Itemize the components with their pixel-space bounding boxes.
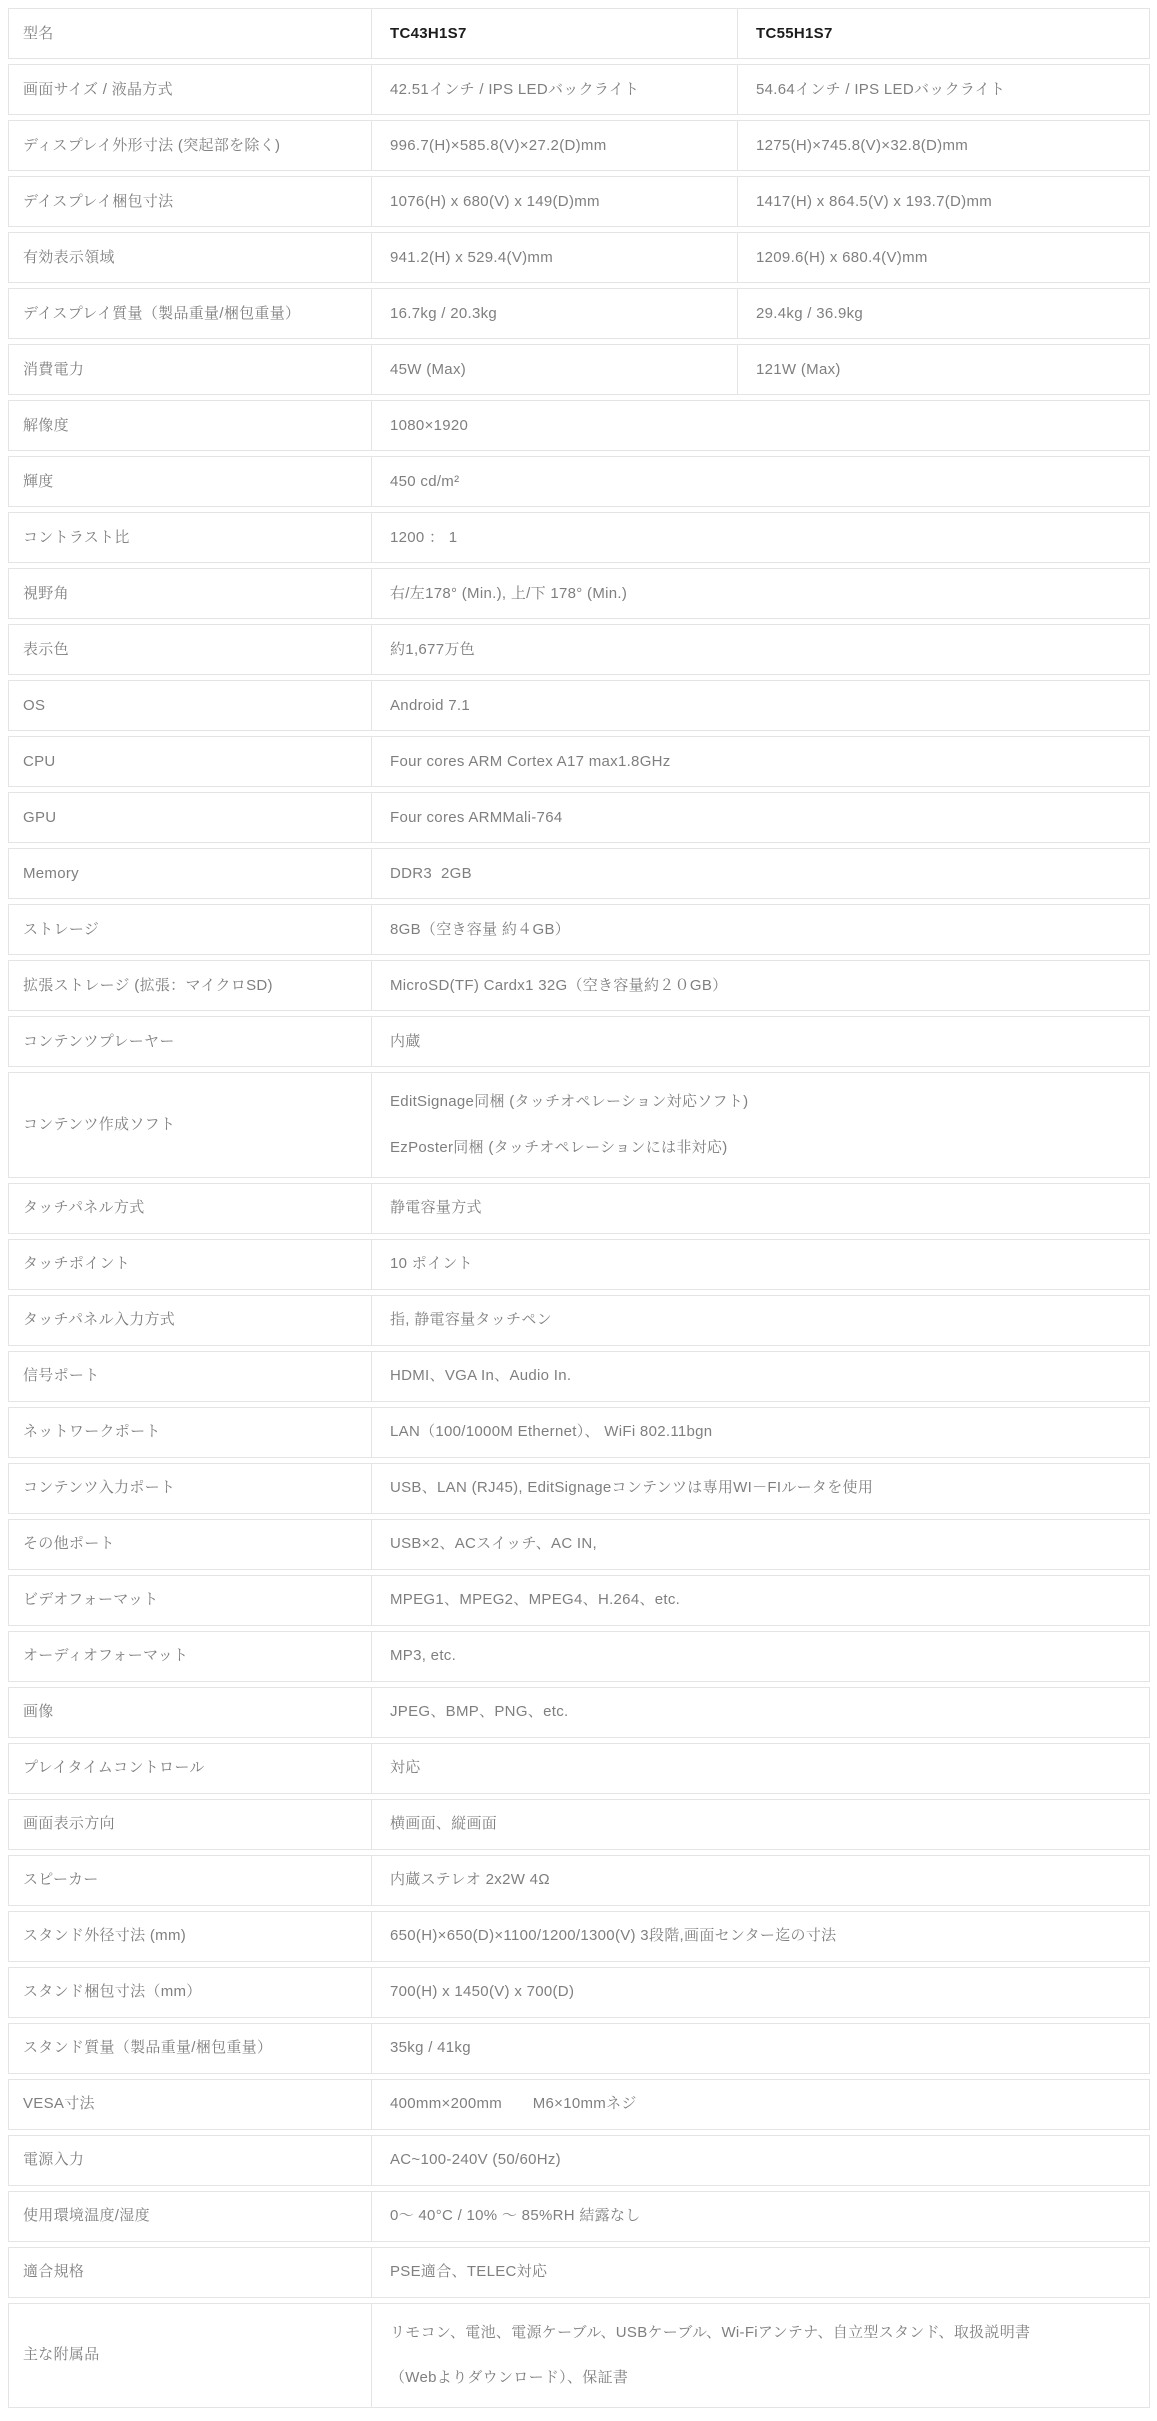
spec-value: 29.4kg / 36.9kg: [737, 289, 1149, 338]
spec-value: 16.7kg / 20.3kg: [371, 289, 737, 338]
spec-row: MemoryDDR3 2GB: [8, 848, 1150, 899]
spec-row: その他ポートUSB×2、ACスイッチ、AC IN,: [8, 1519, 1150, 1570]
spec-label: コントラスト比: [9, 513, 371, 562]
spec-label: 視野角: [9, 569, 371, 618]
spec-value: 121W (Max): [737, 345, 1149, 394]
spec-row: デイスプレイ梱包寸法1076(H) x 680(V) x 149(D)mm141…: [8, 176, 1150, 227]
spec-row: 輝度450 cd/m²: [8, 456, 1150, 507]
spec-value: HDMI、VGA In、Audio In.: [371, 1352, 1149, 1401]
spec-label: コンテンツ入力ポート: [9, 1464, 371, 1513]
spec-value: 400mm×200mm M6×10mmネジ: [371, 2080, 1149, 2129]
spec-value: 右/左178° (Min.), 上/下 178° (Min.): [371, 569, 1149, 618]
spec-row: 電源入力AC~100-240V (50/60Hz): [8, 2135, 1150, 2186]
spec-row: VESA寸法400mm×200mm M6×10mmネジ: [8, 2079, 1150, 2130]
spec-row: コンテンツ入力ポートUSB、LAN (RJ45), EditSignageコンテ…: [8, 1463, 1150, 1514]
spec-label: 輝度: [9, 457, 371, 506]
spec-value: 内蔵: [371, 1017, 1149, 1066]
spec-row: タッチパネル入力方式指, 静電容量タッチペン: [8, 1295, 1150, 1346]
spec-comparison-table: 型名TC43H1S7TC55H1S7画面サイズ / 液晶方式42.51インチ /…: [8, 8, 1150, 2413]
spec-label: タッチポイント: [9, 1240, 371, 1289]
spec-label: 拡張ストレージ (拡張：マイクロSD): [9, 961, 371, 1010]
spec-value: USB×2、ACスイッチ、AC IN,: [371, 1520, 1149, 1569]
spec-value: 35kg / 41kg: [371, 2024, 1149, 2073]
spec-label: ストレージ: [9, 905, 371, 954]
spec-row: 表示色約1,677万色: [8, 624, 1150, 675]
spec-label: ディスプレイ外形寸法 (突起部を除く): [9, 121, 371, 170]
spec-value: USB、LAN (RJ45), EditSignageコンテンツは専用WI－FI…: [371, 1464, 1149, 1513]
spec-label: 解像度: [9, 401, 371, 450]
spec-row: タッチポイント10 ポイント: [8, 1239, 1150, 1290]
spec-value-line: リモコン、電池、電源ケーブル、USBケーブル、Wi-Fiアンテナ、自立型スタンド…: [390, 2322, 1137, 2344]
spec-value-line: （Webよりダウンロード）、保証書: [390, 2367, 1137, 2389]
spec-value: 約1,677万色: [371, 625, 1149, 674]
spec-row: OSAndroid 7.1: [8, 680, 1150, 731]
spec-row: ディスプレイ外形寸法 (突起部を除く)996.7(H)×585.8(V)×27.…: [8, 120, 1150, 171]
spec-label: 有効表示領域: [9, 233, 371, 282]
spec-value: 横画面、縦画面: [371, 1800, 1149, 1849]
model-column-label: 型名: [9, 9, 371, 58]
spec-value: JPEG、BMP、PNG、etc.: [371, 1688, 1149, 1737]
spec-row: 信号ポートHDMI、VGA In、Audio In.: [8, 1351, 1150, 1402]
spec-value: Four cores ARMMali-764: [371, 793, 1149, 842]
spec-value: 996.7(H)×585.8(V)×27.2(D)mm: [371, 121, 737, 170]
spec-row: スタンド質量（製品重量/梱包重量）35kg / 41kg: [8, 2023, 1150, 2074]
spec-label: デイスプレイ梱包寸法: [9, 177, 371, 226]
spec-label: 電源入力: [9, 2136, 371, 2185]
spec-label: コンテンツプレーヤー: [9, 1017, 371, 1066]
spec-value: 1417(H) x 864.5(V) x 193.7(D)mm: [737, 177, 1149, 226]
spec-value: PSE適合、TELEC対応: [371, 2248, 1149, 2297]
spec-row: 視野角右/左178° (Min.), 上/下 178° (Min.): [8, 568, 1150, 619]
spec-label: 消費電力: [9, 345, 371, 394]
spec-label: タッチパネル入力方式: [9, 1296, 371, 1345]
spec-row: 使用環境温度/湿度0～ 40°C / 10% ～ 85%RH 結露なし: [8, 2191, 1150, 2242]
spec-value: 0～ 40°C / 10% ～ 85%RH 結露なし: [371, 2192, 1149, 2241]
spec-value-line: EzPoster同梱 (タッチオペレーションには非対応): [390, 1137, 1137, 1159]
spec-label: その他ポート: [9, 1520, 371, 1569]
spec-value: 8GB（空き容量 約４GB）: [371, 905, 1149, 954]
spec-row: GPUFour cores ARMMali-764: [8, 792, 1150, 843]
spec-label: 画面サイズ / 液晶方式: [9, 65, 371, 114]
spec-label: プレイタイムコントロール: [9, 1744, 371, 1793]
spec-value: DDR3 2GB: [371, 849, 1149, 898]
spec-row: プレイタイムコントロール対応: [8, 1743, 1150, 1794]
spec-label: 信号ポート: [9, 1352, 371, 1401]
spec-label: ネットワークポート: [9, 1408, 371, 1457]
spec-row: ビデオフォーマットMPEG1、MPEG2、MPEG4、H.264、etc.: [8, 1575, 1150, 1626]
spec-value: 650(H)×650(D)×1100/1200/1300(V) 3段階,画面セン…: [371, 1912, 1149, 1961]
spec-row: 有効表示領域941.2(H) x 529.4(V)mm1209.6(H) x 6…: [8, 232, 1150, 283]
spec-value-line: EditSignage同梱 (タッチオペレーション対応ソフト): [390, 1091, 1137, 1113]
spec-label: OS: [9, 681, 371, 730]
spec-value: 1200 ： 1: [371, 513, 1149, 562]
spec-row: 解像度1080×1920: [8, 400, 1150, 451]
spec-value: リモコン、電池、電源ケーブル、USBケーブル、Wi-Fiアンテナ、自立型スタンド…: [371, 2304, 1149, 2408]
spec-value: 42.51インチ / IPS LEDバックライト: [371, 65, 737, 114]
spec-label: スタンド外径寸法 (mm): [9, 1912, 371, 1961]
spec-label: 主な附属品: [9, 2304, 371, 2408]
spec-row: スピーカー内蔵ステレオ 2x2W 4Ω: [8, 1855, 1150, 1906]
spec-row: コンテンツ作成ソフトEditSignage同梱 (タッチオペレーション対応ソフト…: [8, 1072, 1150, 1178]
spec-row: オーディオフォーマットMP3, etc.: [8, 1631, 1150, 1682]
spec-row: 画面表示方向横画面、縦画面: [8, 1799, 1150, 1850]
spec-label: コンテンツ作成ソフト: [9, 1073, 371, 1177]
spec-header-row: 型名TC43H1S7TC55H1S7: [8, 8, 1150, 59]
spec-label: 表示色: [9, 625, 371, 674]
spec-label: スタンド質量（製品重量/梱包重量）: [9, 2024, 371, 2073]
spec-value: 700(H) x 1450(V) x 700(D): [371, 1968, 1149, 2017]
spec-label: スピーカー: [9, 1856, 371, 1905]
spec-row: コントラスト比1200 ： 1: [8, 512, 1150, 563]
model-name: TC43H1S7: [371, 9, 737, 58]
spec-value: AC~100-240V (50/60Hz): [371, 2136, 1149, 2185]
spec-label: オーディオフォーマット: [9, 1632, 371, 1681]
spec-value: 1080×1920: [371, 401, 1149, 450]
spec-value: 1209.6(H) x 680.4(V)mm: [737, 233, 1149, 282]
spec-value: 450 cd/m²: [371, 457, 1149, 506]
spec-value: 指, 静電容量タッチペン: [371, 1296, 1149, 1345]
spec-row: 適合規格PSE適合、TELEC対応: [8, 2247, 1150, 2298]
spec-value: 静電容量方式: [371, 1184, 1149, 1233]
spec-value: 10 ポイント: [371, 1240, 1149, 1289]
spec-value: LAN（100/1000M Ethernet）、 WiFi 802.11bgn: [371, 1408, 1149, 1457]
spec-value: EditSignage同梱 (タッチオペレーション対応ソフト)EzPoster同…: [371, 1073, 1149, 1177]
spec-value: Android 7.1: [371, 681, 1149, 730]
spec-row: コンテンツプレーヤー内蔵: [8, 1016, 1150, 1067]
spec-value: 対応: [371, 1744, 1149, 1793]
spec-label: 画面表示方向: [9, 1800, 371, 1849]
spec-label: 適合規格: [9, 2248, 371, 2297]
spec-row: 消費電力45W (Max)121W (Max): [8, 344, 1150, 395]
spec-label: デイスプレイ質量（製品重量/梱包重量）: [9, 289, 371, 338]
spec-label: 使用環境温度/湿度: [9, 2192, 371, 2241]
spec-value: 内蔵ステレオ 2x2W 4Ω: [371, 1856, 1149, 1905]
spec-label: GPU: [9, 793, 371, 842]
spec-value: 1076(H) x 680(V) x 149(D)mm: [371, 177, 737, 226]
spec-label: VESA寸法: [9, 2080, 371, 2129]
spec-value: 941.2(H) x 529.4(V)mm: [371, 233, 737, 282]
spec-label: 画像: [9, 1688, 371, 1737]
spec-value: MicroSD(TF) Cardx1 32G（空き容量約２０GB）: [371, 961, 1149, 1010]
spec-value: Four cores ARM Cortex A17 max1.8GHz: [371, 737, 1149, 786]
spec-label: Memory: [9, 849, 371, 898]
spec-row: スタンド外径寸法 (mm)650(H)×650(D)×1100/1200/130…: [8, 1911, 1150, 1962]
spec-value: 45W (Max): [371, 345, 737, 394]
spec-row: ネットワークポートLAN（100/1000M Ethernet）、 WiFi 8…: [8, 1407, 1150, 1458]
spec-value: MPEG1、MPEG2、MPEG4、H.264、etc.: [371, 1576, 1149, 1625]
spec-row: スタンド梱包寸法（mm）700(H) x 1450(V) x 700(D): [8, 1967, 1150, 2018]
spec-value: 1275(H)×745.8(V)×32.8(D)mm: [737, 121, 1149, 170]
spec-value: 54.64インチ / IPS LEDバックライト: [737, 65, 1149, 114]
spec-row: ストレージ8GB（空き容量 約４GB）: [8, 904, 1150, 955]
spec-row: 主な附属品リモコン、電池、電源ケーブル、USBケーブル、Wi-Fiアンテナ、自立…: [8, 2303, 1150, 2409]
spec-value: MP3, etc.: [371, 1632, 1149, 1681]
spec-row: 拡張ストレージ (拡張：マイクロSD)MicroSD(TF) Cardx1 32…: [8, 960, 1150, 1011]
spec-label: ビデオフォーマット: [9, 1576, 371, 1625]
spec-row: CPUFour cores ARM Cortex A17 max1.8GHz: [8, 736, 1150, 787]
spec-row: タッチパネル方式静電容量方式: [8, 1183, 1150, 1234]
spec-label: タッチパネル方式: [9, 1184, 371, 1233]
model-name: TC55H1S7: [737, 9, 1149, 58]
spec-row: デイスプレイ質量（製品重量/梱包重量）16.7kg / 20.3kg29.4kg…: [8, 288, 1150, 339]
spec-label: CPU: [9, 737, 371, 786]
spec-row: 画面サイズ / 液晶方式42.51インチ / IPS LEDバックライト54.6…: [8, 64, 1150, 115]
spec-row: 画像JPEG、BMP、PNG、etc.: [8, 1687, 1150, 1738]
spec-label: スタンド梱包寸法（mm）: [9, 1968, 371, 2017]
